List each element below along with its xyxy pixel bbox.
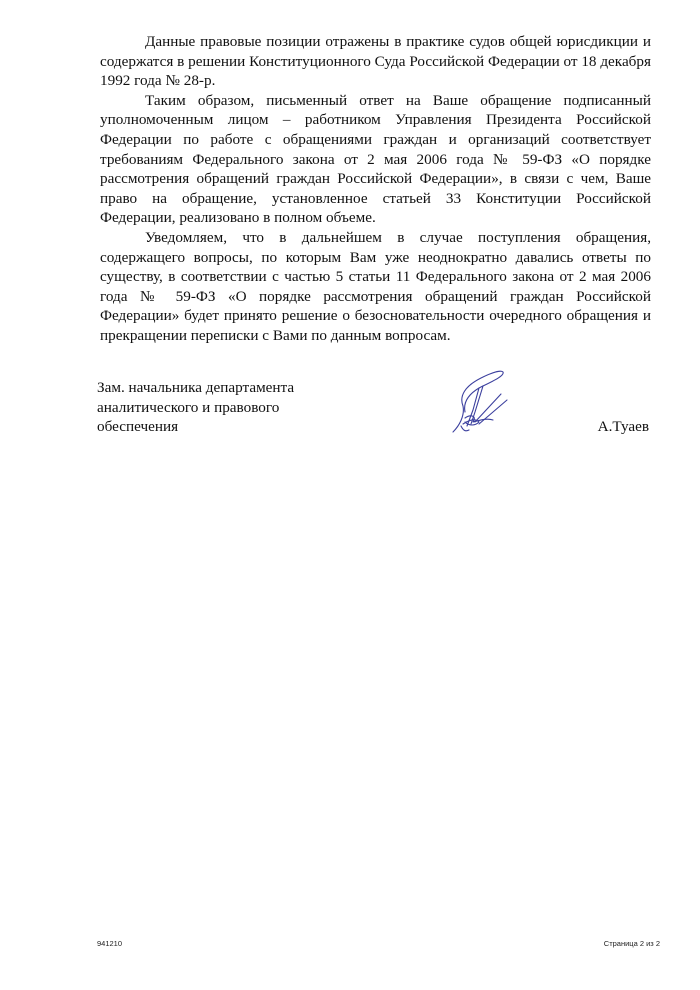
paragraph-notification: Уведомляем, что в дальнейшем в случае по… (100, 228, 651, 346)
signatory-title-line: обеспечения (97, 417, 294, 437)
page-indicator: Страница 2 из 2 (604, 939, 660, 948)
paragraph-response-conclusion: Таким образом, письменный ответ на Ваше … (100, 91, 651, 228)
handwritten-signature-icon (435, 366, 525, 436)
letter-body: Данные правовые позиции отражены в практ… (100, 32, 651, 346)
signatory-title-line: аналитического и правового (97, 398, 294, 418)
signatory-name: А.Туаев (598, 417, 649, 437)
document-page: Данные правовые позиции отражены в практ… (0, 0, 700, 990)
paragraph-legal-positions: Данные правовые позиции отражены в практ… (100, 32, 651, 91)
signature-block: Зам. начальника департамента аналитическ… (97, 378, 652, 438)
signatory-title-line: Зам. начальника департамента (97, 378, 294, 398)
document-number: 941210 (97, 939, 122, 948)
signatory-title: Зам. начальника департамента аналитическ… (97, 378, 294, 437)
